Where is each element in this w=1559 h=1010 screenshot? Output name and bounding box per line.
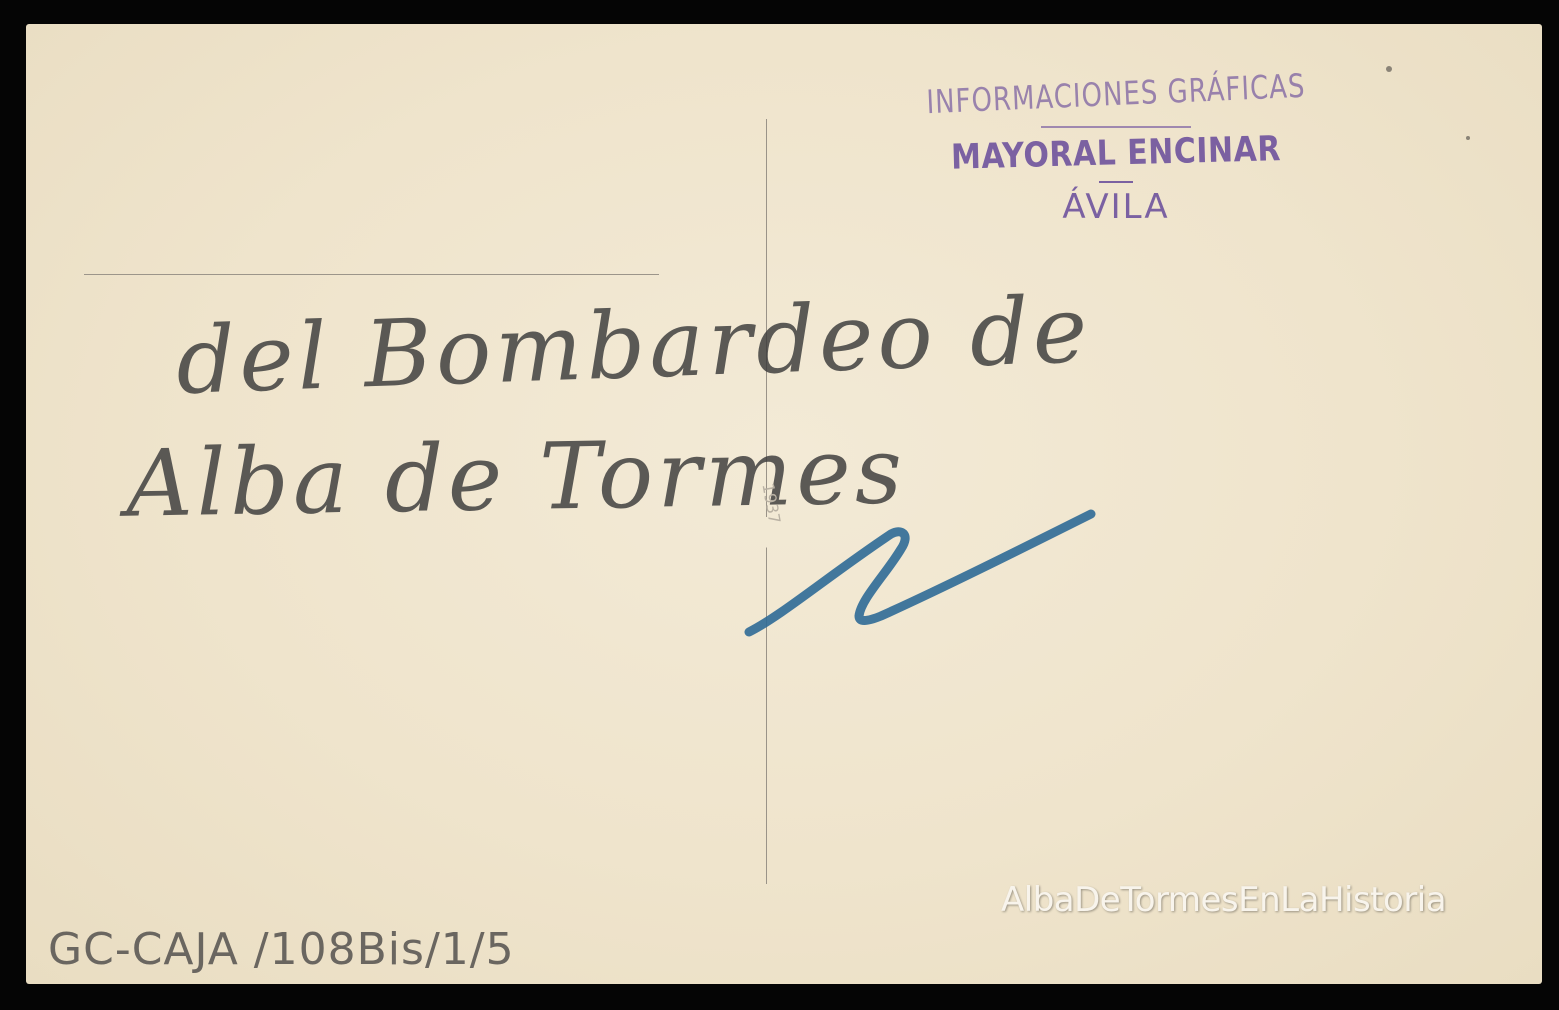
catalog-number: GC-CAJA /108Bis/1/5 xyxy=(48,924,515,975)
handwriting-line-1: del Bombardeo de xyxy=(174,276,1092,415)
publisher-stamp: INFORMACIONES GRÁFICAS MAYORAL ENCINAR Á… xyxy=(906,80,1326,227)
stamp-line-2: MAYORAL ENCINAR xyxy=(906,128,1327,179)
stamp-rule xyxy=(1041,126,1191,128)
postcard-back: INFORMACIONES GRÁFICAS MAYORAL ENCINAR Á… xyxy=(26,24,1542,984)
speck xyxy=(1466,136,1470,140)
speck xyxy=(1386,66,1392,72)
divider-horizontal xyxy=(84,274,659,275)
watermark: AlbaDeTormesEnLaHistoria xyxy=(1001,880,1446,920)
stamp-rule-short xyxy=(1099,181,1133,183)
stamp-line-3: ÁVILA xyxy=(906,187,1326,227)
blue-crayon-mark-icon xyxy=(741,504,1101,644)
stamp-line-1: INFORMACIONES GRÁFICAS xyxy=(905,67,1326,123)
